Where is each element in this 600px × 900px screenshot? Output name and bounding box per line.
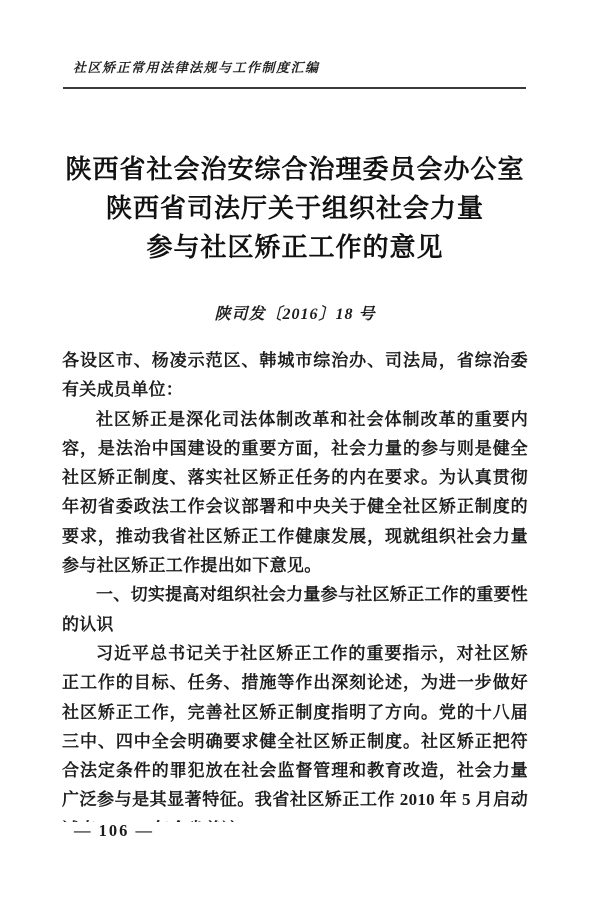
document-body: 各设区市、杨凌示范区、韩城市综治办、司法局，省综治委有关成员单位： 社区矫正是深… xyxy=(62,346,528,822)
document-title-line-1: 陕西省社会治安综合治理委员会办公室 xyxy=(62,150,528,189)
body-paragraph-1: 社区矫正是深化司法体制改革和社会体制改革的重要内容，是法治中国建设的重要方面，社… xyxy=(62,405,528,581)
page-number: — 106 — xyxy=(74,821,154,841)
section-heading-1: 一、切实提高对组织社会力量参与社区矫正工作的重要性的认识 xyxy=(62,580,528,639)
document-title: 陕西省社会治安综合治理委员会办公室 陕西省司法厅关于组织社会力量 参与社区矫正工… xyxy=(62,150,528,267)
document-title-line-2: 陕西省司法厅关于组织社会力量 xyxy=(62,189,528,228)
body-paragraph-2: 习近平总书记关于社区矫正工作的重要指示，对社区矫正工作的目标、任务、措施等作出深… xyxy=(62,639,528,822)
salutation-paragraph: 各设区市、杨凌示范区、韩城市综治办、司法局，省综治委有关成员单位： xyxy=(62,346,528,405)
document-page: 社区矫正常用法律法规与工作制度汇编 陕西省社会治安综合治理委员会办公室 陕西省司… xyxy=(0,0,600,900)
document-title-line-3: 参与社区矫正工作的意见 xyxy=(62,228,528,267)
document-number: 陕司发〔2016〕18 号 xyxy=(62,301,528,324)
running-header: 社区矫正常用法律法规与工作制度汇编 xyxy=(73,57,320,76)
header-rule-divider xyxy=(63,87,526,89)
